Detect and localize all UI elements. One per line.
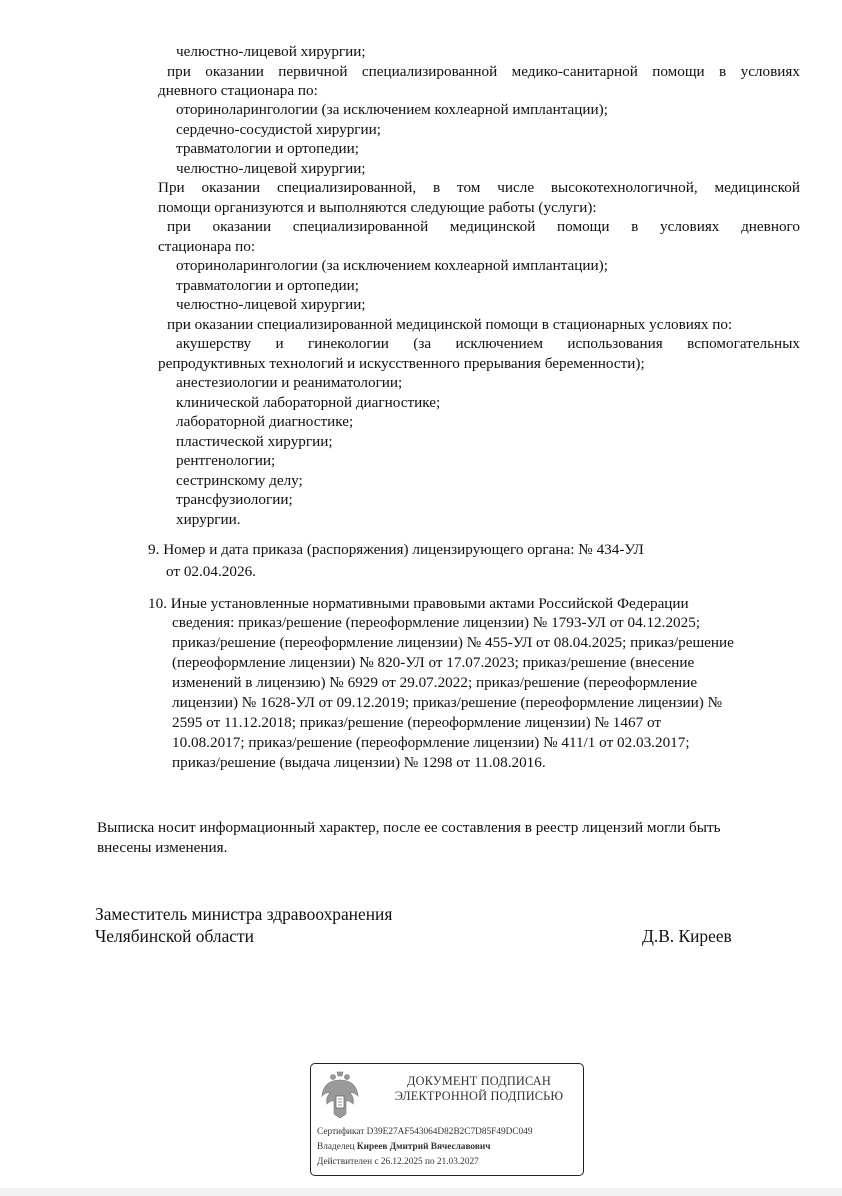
stamp-validity: Действителен с 26.12.2025 по 21.03.2027 xyxy=(317,1156,479,1168)
paragraph-line: При оказании специализированной, в том ч… xyxy=(158,178,800,198)
list-item: клинической лабораторной диагностике; xyxy=(176,393,440,413)
numbered-item-10-cont: сведения: приказ/решение (переоформление… xyxy=(172,613,700,633)
list-item: челюстно-лицевой хирургии; xyxy=(176,42,366,62)
certificate-label: Сертификат xyxy=(317,1127,364,1137)
numbered-item-10-cont: приказ/решение (переоформление лицензии)… xyxy=(172,633,734,653)
list-item: травматологии и ортопедии; xyxy=(176,139,359,159)
numbered-item-10: 10. Иные установленные нормативными прав… xyxy=(148,594,689,614)
paragraph-line: при оказании специализированной медицинс… xyxy=(167,315,732,335)
stamp-title-line: ДОКУМЕНТ ПОДПИСАН xyxy=(381,1074,577,1089)
list-item: трансфузиологии; xyxy=(176,490,293,510)
signatory-position: Заместитель министра здравоохранения xyxy=(95,903,392,925)
numbered-item-9-cont: от 02.04.2026. xyxy=(166,562,256,582)
paragraph-line: дневного стационара по: xyxy=(158,81,318,101)
list-item: травматологии и ортопедии; xyxy=(176,276,359,296)
stamp-title-line: ЭЛЕКТРОННОЙ ПОДПИСЬЮ xyxy=(381,1089,577,1104)
numbered-item-10-cont: (переоформление лицензии) № 820-УЛ от 17… xyxy=(172,653,694,673)
numbered-item-10-cont: изменений в лицензию) № 6929 от 29.07.20… xyxy=(172,673,697,693)
paragraph-line: помощи организуются и выполняются следую… xyxy=(158,198,597,218)
russian-coat-of-arms-icon xyxy=(319,1068,361,1122)
list-item: акушерству и гинекологии (за исключением… xyxy=(176,334,800,354)
numbered-item-10-cont: 10.08.2017; приказ/решение (переоформлен… xyxy=(172,733,690,753)
list-item: рентгенологии; xyxy=(176,451,275,471)
owner-value: Киреев Дмитрий Вячеславович xyxy=(357,1142,491,1152)
numbered-item-10-cont: 2595 от 11.12.2018; приказ/решение (пере… xyxy=(172,713,661,733)
paragraph-line: при оказании первичной специализированно… xyxy=(167,62,800,82)
list-item: оториноларингологии (за исключением кохл… xyxy=(176,256,608,276)
disclaimer-text: Выписка носит информационный характер, п… xyxy=(97,818,721,838)
numbered-item-9: 9. Номер и дата приказа (распоряжения) л… xyxy=(148,540,644,560)
electronic-signature-stamp: ДОКУМЕНТ ПОДПИСАН ЭЛЕКТРОННОЙ ПОДПИСЬЮ С… xyxy=(310,1063,584,1176)
stamp-owner: Владелец Киреев Дмитрий Вячеславович xyxy=(317,1141,490,1153)
stamp-certificate: Сертификат D39E27AF543064D82B2C7D85F49DC… xyxy=(317,1126,532,1138)
list-item: челюстно-лицевой хирургии; xyxy=(176,295,366,315)
list-item: лабораторной диагностике; xyxy=(176,412,353,432)
paragraph-line: стационара по: xyxy=(158,237,255,257)
list-item: репродуктивных технологий и искусственно… xyxy=(158,354,645,374)
list-item: оториноларингологии (за исключением кохл… xyxy=(176,100,608,120)
list-item: сестринскому делу; xyxy=(176,471,303,491)
document-page: челюстно-лицевой хирургии; при оказании … xyxy=(0,0,842,1188)
stamp-title: ДОКУМЕНТ ПОДПИСАН ЭЛЕКТРОННОЙ ПОДПИСЬЮ xyxy=(381,1074,577,1104)
numbered-item-10-cont: лицензии) № 1628-УЛ от 09.12.2019; прика… xyxy=(172,693,722,713)
list-item: хирургии. xyxy=(176,510,241,530)
signatory-name: Д.В. Киреев xyxy=(642,925,732,947)
signatory-position: Челябинской области xyxy=(95,925,254,947)
list-item: пластической хирургии; xyxy=(176,432,333,452)
list-item: сердечно-сосудистой хирургии; xyxy=(176,120,381,140)
list-item: анестезиологии и реаниматологии; xyxy=(176,373,402,393)
numbered-item-10-cont: приказ/решение (выдача лицензии) № 1298 … xyxy=(172,753,546,773)
disclaimer-text: внесены изменения. xyxy=(97,838,227,858)
certificate-value: D39E27AF543064D82B2C7D85F49DC049 xyxy=(367,1127,533,1137)
paragraph-line: при оказании специализированной медицинс… xyxy=(167,217,800,237)
owner-label: Владелец xyxy=(317,1142,355,1152)
list-item: челюстно-лицевой хирургии; xyxy=(176,159,366,179)
